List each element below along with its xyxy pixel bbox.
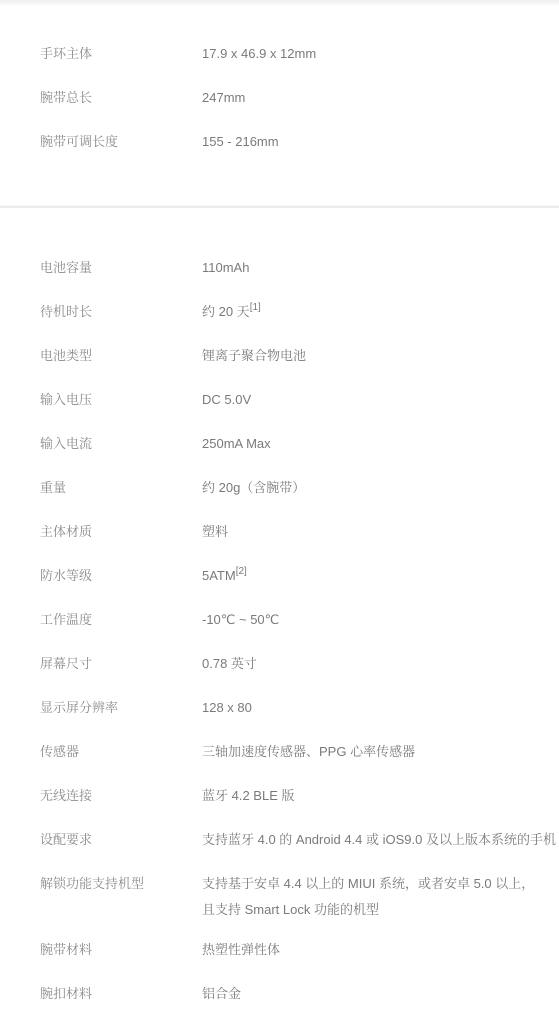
spec-label: 设配要求	[40, 831, 92, 849]
spec-value-line: 且支持 Smart Lock 功能的机型	[202, 897, 534, 923]
spec-label: 无线连接	[40, 787, 92, 805]
size-spec-section: 手环主体 17.9 x 46.9 x 12mm 腕带总长 247mm 腕带可调长…	[0, 0, 559, 205]
tech-spec-section: 电池容量 110mAh 待机时长 约 20 天[1] 电池类型 锂离子聚合物电池…	[0, 208, 559, 1029]
spec-label: 工作温度	[40, 611, 92, 629]
spec-label: 主体材质	[40, 523, 92, 541]
spec-label: 腕带材料	[40, 941, 92, 959]
spec-value: 110mAh	[202, 255, 249, 281]
spec-value: 支持基于安卓 4.4 以上的 MIUI 系统，或者安卓 5.0 以上， 且支持 …	[202, 871, 534, 923]
spec-label: 输入电压	[40, 391, 92, 409]
spec-value: 0.78 英寸	[202, 651, 257, 677]
spec-label: 防水等级	[40, 567, 92, 585]
spec-value: 247mm	[202, 85, 245, 111]
spec-value: 17.9 x 46.9 x 12mm	[202, 41, 316, 67]
spec-value: 约 20g（含腕带）	[202, 475, 305, 501]
spec-value: DC 5.0V	[202, 387, 251, 413]
spec-label: 腕带总长	[40, 89, 92, 107]
spec-value: 锂离子聚合物电池	[202, 343, 306, 369]
spec-value: 塑料	[202, 519, 228, 545]
spec-value-line: 支持基于安卓 4.4 以上的 MIUI 系统，或者安卓 5.0 以上，	[202, 871, 534, 897]
spec-value: 128 x 80	[202, 695, 252, 721]
spec-value: -10℃ ~ 50℃	[202, 607, 279, 633]
spec-label: 待机时长	[40, 303, 92, 321]
spec-label: 屏幕尺寸	[40, 655, 92, 673]
spec-value-text: 5ATM	[202, 568, 236, 583]
spec-label: 腕扣材料	[40, 985, 92, 1003]
footnote-link[interactable]: [1]	[250, 302, 261, 313]
spec-label: 电池容量	[40, 259, 92, 277]
spec-value: 250mA Max	[202, 431, 271, 457]
spec-label: 腕带可调长度	[40, 133, 118, 151]
spec-label: 解锁功能支持机型	[40, 875, 144, 893]
spec-value: 5ATM[2]	[202, 563, 247, 589]
spec-value: 铝合金	[202, 981, 241, 1007]
spec-value: 约 20 天[1]	[202, 299, 261, 325]
spec-value: 三轴加速度传感器、PPG 心率传感器	[202, 739, 415, 765]
spec-label: 显示屏分辨率	[40, 699, 118, 717]
spec-value: 热塑性弹性体	[202, 937, 280, 963]
spec-label: 重量	[40, 479, 66, 497]
spec-value: 蓝牙 4.2 BLE 版	[202, 783, 294, 809]
spec-value-text: 约 20 天	[202, 304, 250, 319]
spec-label: 输入电流	[40, 435, 92, 453]
spec-value: 支持蓝牙 4.0 的 Android 4.4 或 iOS9.0 及以上版本系统的…	[202, 827, 556, 853]
spec-label: 传感器	[40, 743, 79, 761]
spec-value: 155 - 216mm	[202, 129, 279, 155]
footnote-link[interactable]: [2]	[236, 566, 247, 577]
spec-label: 电池类型	[40, 347, 92, 365]
spec-label: 手环主体	[40, 45, 92, 63]
